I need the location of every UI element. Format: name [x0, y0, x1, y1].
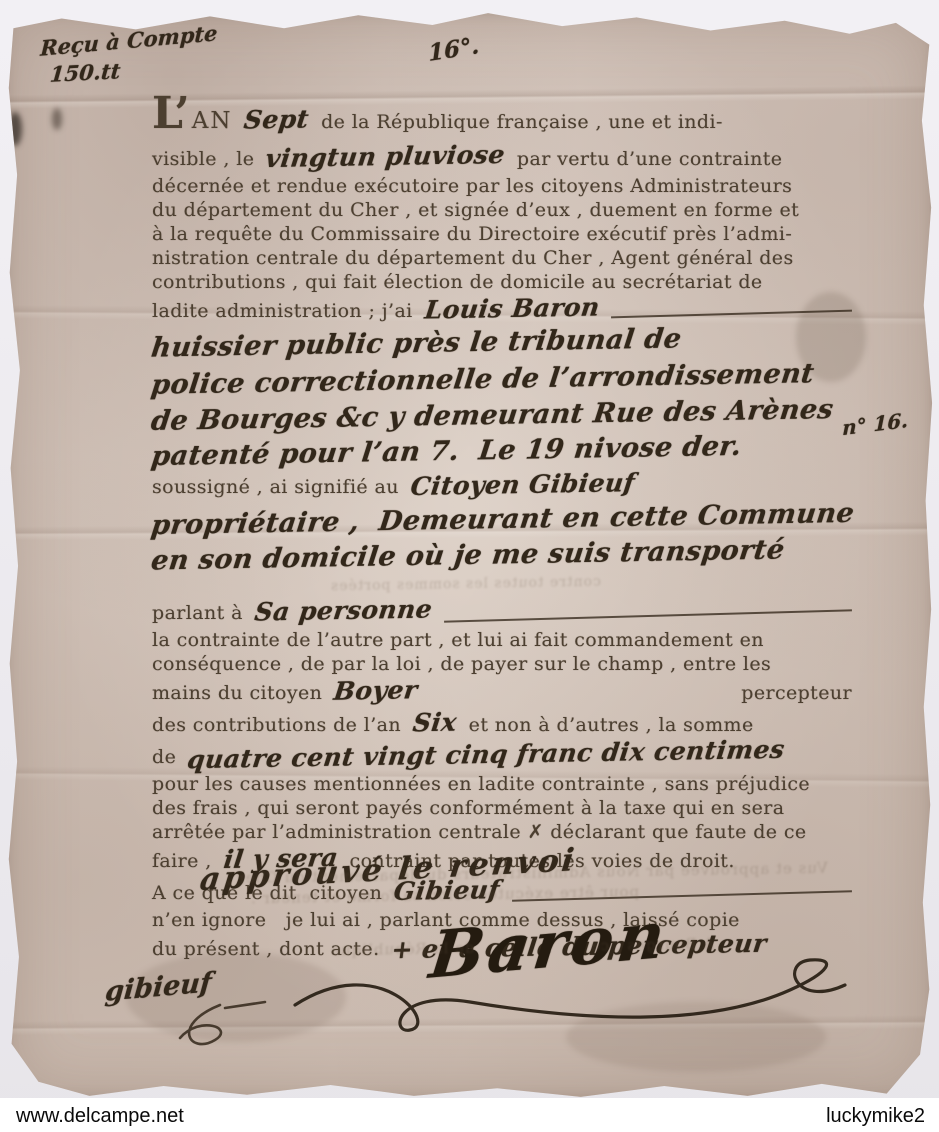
- ink-rule: [611, 310, 852, 319]
- ink-rule: [444, 609, 852, 622]
- printed-text: pour les causes mentionnées en ladite co…: [152, 772, 810, 796]
- printed-text: des contributions de l’an: [152, 710, 401, 740]
- printed-text: nistration centrale du département du Ch…: [152, 246, 794, 270]
- document-line: contributions , qui fait élection de dom…: [152, 270, 852, 294]
- printed-text: soussigné , ai signifié au: [152, 472, 399, 502]
- printed-text: de: [152, 742, 176, 772]
- printed-text: contributions , qui fait élection de dom…: [152, 270, 763, 294]
- document-body: L’ANSeptde la République française , une…: [152, 94, 852, 964]
- ink-smudge: [8, 112, 22, 146]
- document-line: parlant àSa personne: [152, 596, 852, 628]
- printed-text: des frais , qui seront payés conformémen…: [152, 796, 785, 820]
- printed-text: parlant à: [152, 598, 243, 628]
- watermark-site-text: www.delcampe.net: [16, 1105, 184, 1128]
- ink-smudge: [566, 1002, 826, 1072]
- document-line: L’ANSeptde la République française , une…: [152, 94, 852, 142]
- printed-text: du département du Cher , et signée d’eux…: [152, 198, 799, 222]
- watermark-bar: www.delcampe.net luckymike2: [0, 1098, 939, 1132]
- ink-smudge: [52, 108, 62, 130]
- document-line: conséquence , de par la loi , de payer s…: [152, 652, 852, 676]
- document-line: du département du Cher , et signée d’eux…: [152, 198, 852, 222]
- printed-text: L’AN: [152, 94, 232, 141]
- document-line: visible , levingtun pluviosepar vertu d’…: [152, 142, 852, 174]
- scan-background: Reçu à Compte 150.tt 16°. n° 16. L’ANSep…: [0, 0, 939, 1132]
- handwritten-text: Citoyen Gibieuf: [409, 468, 637, 502]
- handwritten-text: Six: [411, 708, 458, 739]
- printed-text: décernée et rendue exécutoire par les ci…: [152, 174, 792, 198]
- printed-text: de la République française , une et indi…: [321, 102, 723, 142]
- document-line: des frais , qui seront payés conformémen…: [152, 796, 852, 820]
- handwritten-text: quatre cent vingt cinq franc dix centime…: [186, 735, 787, 775]
- printed-text: percepteur: [741, 678, 852, 708]
- handwritten-text: Sept: [242, 99, 312, 140]
- handwritten-text: Sa personne: [253, 594, 434, 627]
- document-line: ladite administration ; j’aiLouis Baron: [152, 294, 852, 326]
- document-line: de Bourges &c y demeurant Rue des Arènes: [152, 398, 852, 434]
- document-line: décernée et rendue exécutoire par les ci…: [152, 174, 852, 198]
- handwritten-text: vingtun pluviose: [264, 140, 507, 174]
- document-line: arrêtée par l’administration centrale ✗ …: [152, 820, 852, 844]
- paper-crease: [6, 1015, 933, 1035]
- document-line: patenté pour l’an 7. Le 19 nivose der.: [152, 434, 852, 470]
- printed-text: par vertu d’une contrainte: [517, 144, 783, 174]
- document-line: à la requête du Commissaire du Directoir…: [152, 222, 852, 246]
- watermark-username-text: luckymike2: [826, 1105, 925, 1128]
- printed-text: arrêtée par l’administration centrale ✗ …: [152, 820, 807, 844]
- handwritten-text: Boyer: [332, 675, 419, 706]
- document-line: la contrainte de l’autre part , et lui a…: [152, 628, 852, 652]
- amount-note: 150.tt: [49, 58, 122, 87]
- document-line: mains du citoyenBoyerpercepteur: [152, 676, 852, 708]
- document-line: pour les causes mentionnées en ladite co…: [152, 772, 852, 796]
- printed-text: visible , le: [152, 144, 254, 174]
- printed-text: à la requête du Commissaire du Directoir…: [152, 222, 792, 246]
- document-line: dequatre cent vingt cinq franc dix centi…: [152, 740, 852, 772]
- document-line: nistration centrale du département du Ch…: [152, 246, 852, 270]
- printed-text: conséquence , de par la loi , de payer s…: [152, 652, 771, 676]
- handwritten-text: Louis Baron: [423, 292, 602, 325]
- printed-text: mains du citoyen: [152, 678, 322, 708]
- printed-text: ladite administration ; j’ai: [152, 296, 413, 326]
- printed-text: la contrainte de l’autre part , et lui a…: [152, 628, 764, 652]
- document-line: en son domicile où je me suis transporté: [152, 538, 852, 574]
